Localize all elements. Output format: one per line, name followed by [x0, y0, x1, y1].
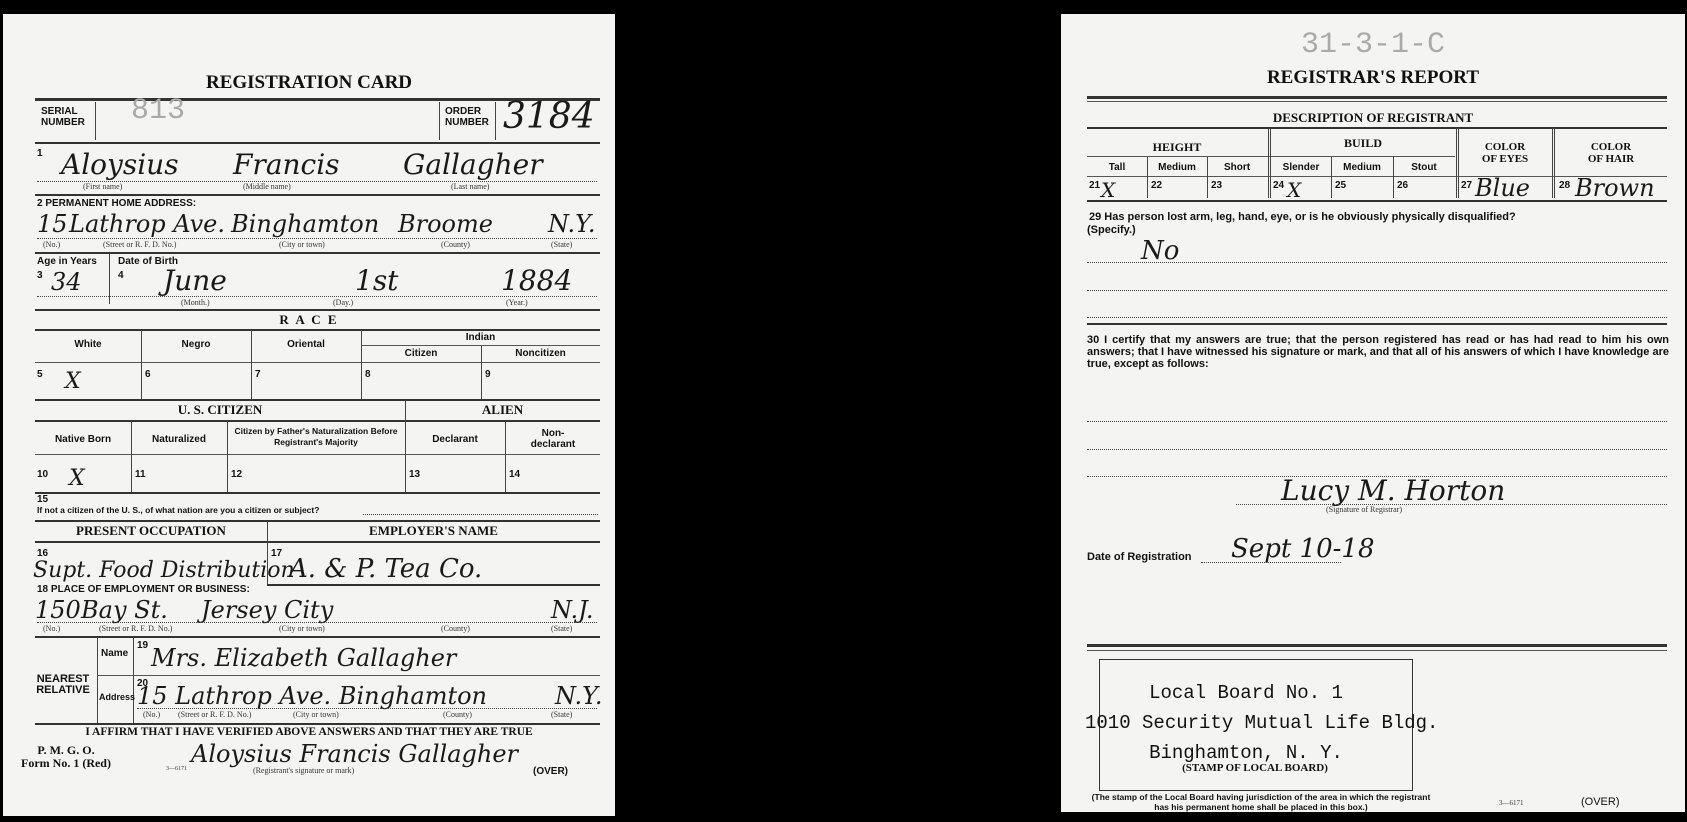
field-number: 23 [1211, 180, 1222, 191]
field-number: 27 [1461, 180, 1472, 191]
caption: (No.) [43, 624, 60, 633]
registrar-signature: Lucy M. Horton [1281, 474, 1505, 507]
relative-name-value: Mrs. Elizabeth Gallagher [151, 644, 456, 672]
registration-date-label: Date of Registration [1087, 552, 1192, 563]
caption: (County) [441, 240, 470, 249]
field-number: 5 [37, 369, 43, 380]
home-address-street: Lathrop Ave. [69, 210, 225, 238]
race-col-negro: Negro [141, 339, 251, 350]
field-number: 12 [231, 469, 242, 480]
field-number: 24 [1273, 180, 1284, 191]
relative-address-value: 15 Lathrop Ave. Binghamton [137, 682, 487, 710]
field-number: 15 [37, 494, 48, 505]
middle-name: Francis [233, 148, 340, 181]
first-name: Aloysius [61, 148, 179, 181]
description-title: DESCRIPTION OF REGISTRANT [1061, 110, 1685, 126]
print-code: 3—6171 [1499, 799, 1524, 807]
relative-address-state: N.Y. [555, 682, 602, 710]
stamp-line-2: 1010 Security Mutual Life Bldg. [1085, 712, 1438, 734]
field-number: 3 [37, 270, 43, 281]
citizen-col-father: Citizen by Father's Naturalization Befor… [227, 426, 405, 448]
registration-card: REGISTRATION CARD SERIAL NUMBER 813 ORDE… [3, 14, 615, 816]
eye-color-value: Blue [1475, 174, 1530, 202]
home-address-no: 15 [37, 210, 68, 238]
order-number-label: ORDER NUMBER [445, 106, 489, 128]
native-born-mark: X [69, 466, 85, 491]
stamp-number: 31-3-1-C [1061, 28, 1685, 62]
q29-specify: (Specify.) [1087, 225, 1136, 236]
caption: (State) [551, 710, 572, 719]
serial-number-label: SERIAL NUMBER [41, 106, 85, 128]
hair-color-value: Brown [1575, 174, 1655, 202]
build-col-medium: Medium [1331, 162, 1393, 173]
employer-title: EMPLOYER'S NAME [267, 523, 600, 539]
caption: (State) [551, 240, 572, 249]
field-number: 10 [37, 469, 48, 480]
caption: (City or town) [293, 710, 339, 719]
print-code: 3—6171 [166, 766, 187, 772]
caption: (First name) [83, 182, 122, 191]
field-number: 17 [271, 548, 282, 559]
race-title: R A C E [3, 312, 615, 328]
build-col-stout: Stout [1393, 162, 1455, 173]
caption: (Year.) [506, 298, 528, 307]
serial-number-value: 813 [131, 94, 185, 128]
field-number: 21 [1089, 180, 1100, 191]
employment-place-label: 18 PLACE OF EMPLOYMENT OR BUSINESS: [37, 584, 250, 595]
field-number: 6 [145, 369, 151, 380]
stamp-note: (The stamp of the Local Board having jur… [1091, 792, 1431, 812]
citizen-col-native: Native Born [35, 434, 131, 445]
caption: (No.) [143, 710, 160, 719]
registration-date-value: Sept 10-18 [1231, 534, 1375, 564]
alien-col-declarant: Declarant [405, 434, 505, 445]
build-slender-mark: X [1287, 178, 1301, 202]
eye-color-title: COLOR OF EYES [1459, 141, 1551, 165]
employer-value: A. & P. Tea Co. [289, 554, 482, 584]
stamp-caption: (STAMP OF LOCAL BOARD) [1099, 762, 1411, 774]
stamp-line-1: Local Board No. 1 [1061, 682, 1431, 704]
signature-caption: (Registrant's signature or mark) [253, 766, 354, 775]
alien-col-nondeclarant: Non-declarant [523, 428, 583, 450]
occupation-value: Supt. Food Distribution [33, 558, 295, 583]
caption: (Street or R. F. D. No.) [99, 624, 172, 633]
field-number: 14 [509, 469, 520, 480]
registrant-signature: Aloysius Francis Gallagher [191, 740, 518, 768]
caption: (Middle name) [243, 182, 291, 191]
stamp-line-3: Binghamton, N. Y. [1061, 742, 1431, 764]
caption: (Day.) [333, 298, 353, 307]
race-col-white: White [35, 339, 141, 350]
build-col-slender: Slender [1271, 162, 1331, 173]
us-citizen-title: U. S. CITIZEN [35, 402, 405, 418]
field-number: 25 [1335, 180, 1346, 191]
caption: (County) [441, 624, 470, 633]
field-number: 4 [118, 270, 124, 281]
field-number: 22 [1151, 180, 1162, 191]
relative-address-label: Address [99, 692, 135, 703]
field-number: 8 [365, 369, 371, 380]
caption: (No.) [43, 240, 60, 249]
over-label: (OVER) [1581, 796, 1620, 808]
hair-color-title: COLOR OF HAIR [1555, 141, 1667, 165]
race-col-indian: Indian [361, 332, 600, 343]
employment-no: 150 [35, 596, 81, 624]
height-col-short: Short [1207, 162, 1267, 173]
home-address-state: N.Y. [548, 210, 595, 238]
employment-state: N.J. [551, 596, 593, 624]
employment-city: Jersey City [201, 596, 333, 624]
q30-text: 30 I certify that my answers are true; t… [1087, 334, 1669, 370]
home-address-label: 2 PERMANENT HOME ADDRESS: [37, 198, 196, 209]
q29-text: 29 Has person lost arm, leg, hand, eye, … [1089, 212, 1679, 223]
caption: (County) [443, 710, 472, 719]
height-col-tall: Tall [1087, 162, 1147, 173]
field-number: 7 [255, 369, 261, 380]
registrars-report-card: 31-3-1-C REGISTRAR'S REPORT DESCRIPTION … [1061, 14, 1685, 812]
field-number: 28 [1559, 180, 1570, 191]
race-col-oriental: Oriental [251, 339, 361, 350]
caption: (Street or R. F. D. No.) [103, 240, 176, 249]
occupation-title: PRESENT OCCUPATION [35, 523, 267, 539]
nearest-relative-label: NEAREST RELATIVE [31, 674, 95, 696]
age-label: Age in Years [37, 256, 97, 267]
height-title: HEIGHT [1087, 140, 1267, 155]
order-number-value: 3184 [503, 96, 595, 137]
race-col-indian-citizen: Citizen [361, 348, 481, 359]
field-number: 13 [409, 469, 420, 480]
caption: (Month.) [181, 298, 210, 307]
field-number: 9 [485, 369, 491, 380]
build-title: BUILD [1271, 136, 1455, 151]
alien-title: ALIEN [405, 402, 600, 418]
card-title: REGISTRATION CARD [3, 72, 615, 94]
height-col-medium: Medium [1147, 162, 1207, 173]
caption: (City or town) [279, 624, 325, 633]
form-id: P. M. G. O. Form No. 1 (Red) [21, 744, 111, 770]
dob-month: June [163, 264, 227, 297]
caption: (City or town) [279, 240, 325, 249]
last-name: Gallagher [403, 148, 543, 181]
dob-year: 1884 [501, 264, 572, 297]
field-number: 1 [37, 148, 43, 159]
nationality-question: If not a citizen of the U. S., of what n… [37, 505, 319, 516]
registrar-signature-caption: (Signature of Registrar) [1326, 505, 1402, 514]
race-white-mark: X [65, 369, 81, 394]
report-title: REGISTRAR'S REPORT [1061, 67, 1685, 89]
race-col-indian-noncitizen: Noncitizen [481, 348, 600, 359]
dob-day: 1st [355, 264, 398, 297]
field-number: 19 [137, 640, 148, 651]
field-number: 11 [135, 469, 146, 480]
caption: (Last name) [451, 182, 489, 191]
height-tall-mark: X [1101, 178, 1115, 202]
relative-name-label: Name [101, 648, 128, 659]
employment-street: Bay St. [81, 596, 168, 624]
citizen-col-naturalized: Naturalized [131, 434, 227, 445]
field-number: 26 [1397, 180, 1408, 191]
affirmation-text: I AFFIRM THAT I HAVE VERIFIED ABOVE ANSW… [3, 726, 615, 738]
caption: (Street or R. F. D. No.) [178, 710, 251, 719]
home-address-city: Binghamton [231, 210, 379, 238]
caption: (State) [551, 624, 572, 633]
over-label: (OVER) [533, 766, 568, 777]
home-address-county: Broome [398, 210, 493, 238]
age-value: 34 [51, 268, 82, 296]
